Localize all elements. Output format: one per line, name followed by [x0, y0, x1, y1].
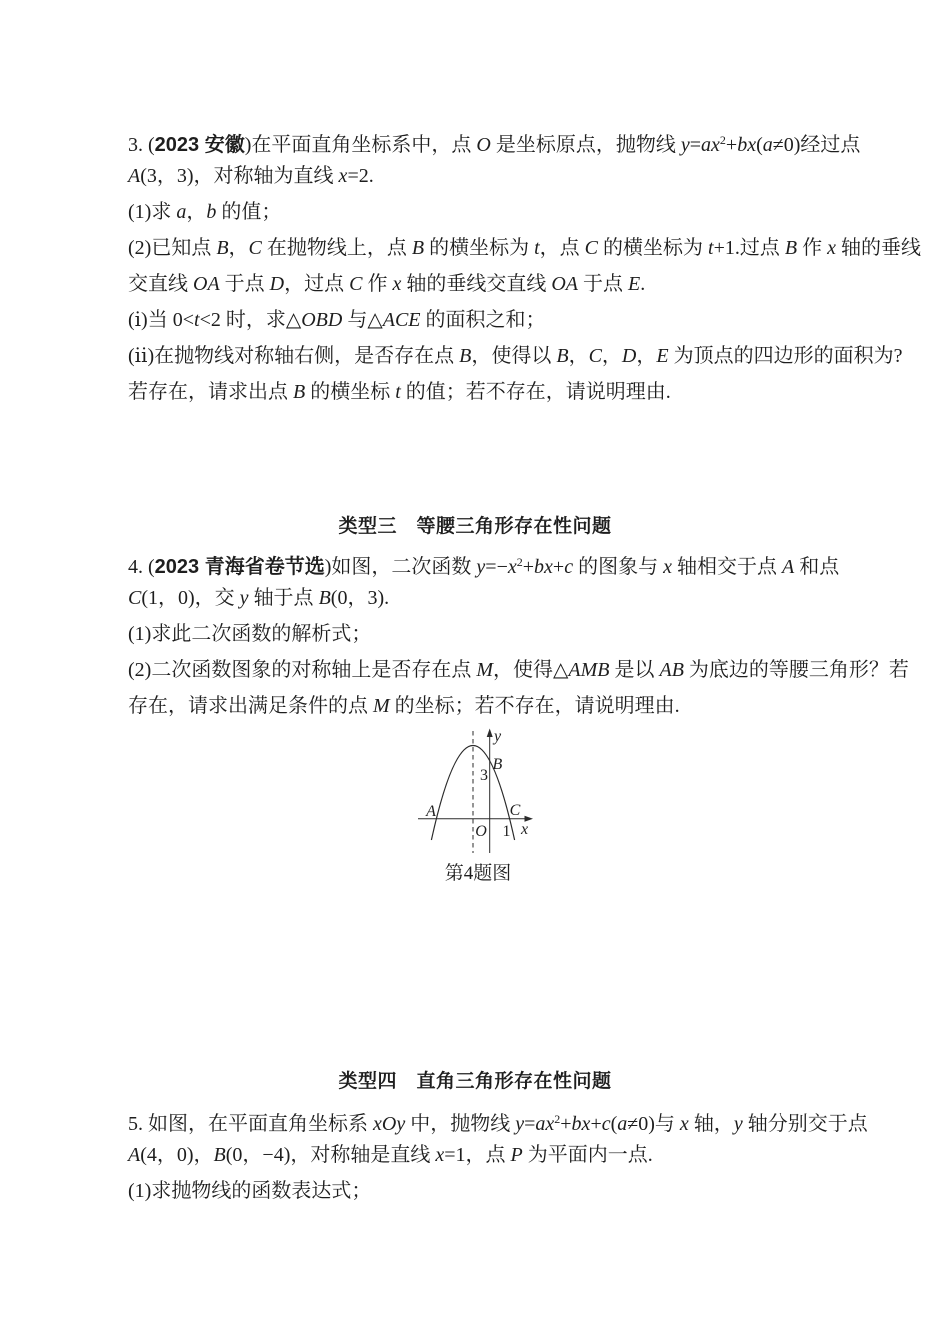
figure-label-origin: O — [475, 823, 487, 840]
figure-problem4-parabola: y B 3 A C O 1 x — [410, 724, 538, 860]
section-heading-type4: 类型四 直角三角形存在性问题 — [0, 1064, 950, 1100]
problem-3: 3. (2023 安徽)在平面直角坐标系中，点 O 是坐标原点，抛物线 y=ax… — [128, 122, 868, 410]
figure-label-y-axis: y — [492, 728, 502, 745]
problem4-line-1: 4. (2023 青海省卷节选)如图，二次函数 y=−x2+bx+c 的图象与 … — [128, 544, 868, 580]
figure-label-point-c: C — [510, 802, 521, 819]
figure-label-point-a: A — [425, 803, 436, 820]
problem5-line-3: (1)求抛物线的函数表达式； — [128, 1173, 868, 1209]
problem4-line-3: (1)求此二次函数的解析式； — [128, 616, 868, 652]
figure-label-x-tick-1: 1 — [503, 823, 511, 840]
problem4-line-5: 存在，请求出满足条件的点 M 的坐标；若不存在，请说明理由. — [128, 688, 868, 724]
y-axis-arrowhead — [487, 729, 493, 738]
problem-4: 4. (2023 青海省卷节选)如图，二次函数 y=−x2+bx+c 的图象与 … — [128, 544, 868, 724]
problem3-line-2: A(3，3)，对称轴为直线 x=2. — [128, 158, 868, 194]
problem3-line-4: (2)已知点 B，C 在抛物线上，点 B 的横坐标为 t，点 C 的横坐标为 t… — [128, 230, 868, 266]
figure-label-x-axis: x — [520, 821, 528, 838]
problem5-line-1: 5. 如图，在平面直角坐标系 xOy 中，抛物线 y=ax2+bx+c(a≠0)… — [128, 1101, 868, 1137]
problem3-line-6: (ⅰ)当 0<t<2 时，求△OBD 与△ACE 的面积之和； — [128, 302, 868, 338]
problem3-line-1: 3. (2023 安徽)在平面直角坐标系中，点 O 是坐标原点，抛物线 y=ax… — [128, 122, 868, 158]
section-heading-type3: 类型三 等腰三角形存在性问题 — [0, 509, 950, 545]
problem3-line-7: (ⅱ)在抛物线对称轴右侧，是否存在点 B，使得以 B，C，D，E 为顶点的四边形… — [128, 338, 868, 374]
problem4-line-4: (2)二次函数图象的对称轴上是否存在点 M，使得△AMB 是以 AB 为底边的等… — [128, 652, 868, 688]
problem3-line-8: 若存在，请求出点 B 的横坐标 t 的值；若不存在，请说明理由. — [128, 374, 868, 410]
figure-label-point-b: B — [493, 756, 503, 773]
problem3-line-5: 交直线 OA 于点 D，过点 C 作 x 轴的垂线交直线 OA 于点 E. — [128, 266, 868, 302]
problem5-line-2: A(4，0)，B(0，−4)，对称轴是直线 x=1，点 P 为平面内一点. — [128, 1137, 868, 1173]
problem-5: 5. 如图，在平面直角坐标系 xOy 中，抛物线 y=ax2+bx+c(a≠0)… — [128, 1101, 868, 1209]
problem3-line-3: (1)求 a，b 的值； — [128, 194, 868, 230]
figure-label-y-tick-3: 3 — [480, 767, 488, 784]
figure-caption: 第4题图 — [408, 861, 548, 887]
problem4-line-2: C(1，0)，交 y 轴于点 B(0，3). — [128, 580, 868, 616]
